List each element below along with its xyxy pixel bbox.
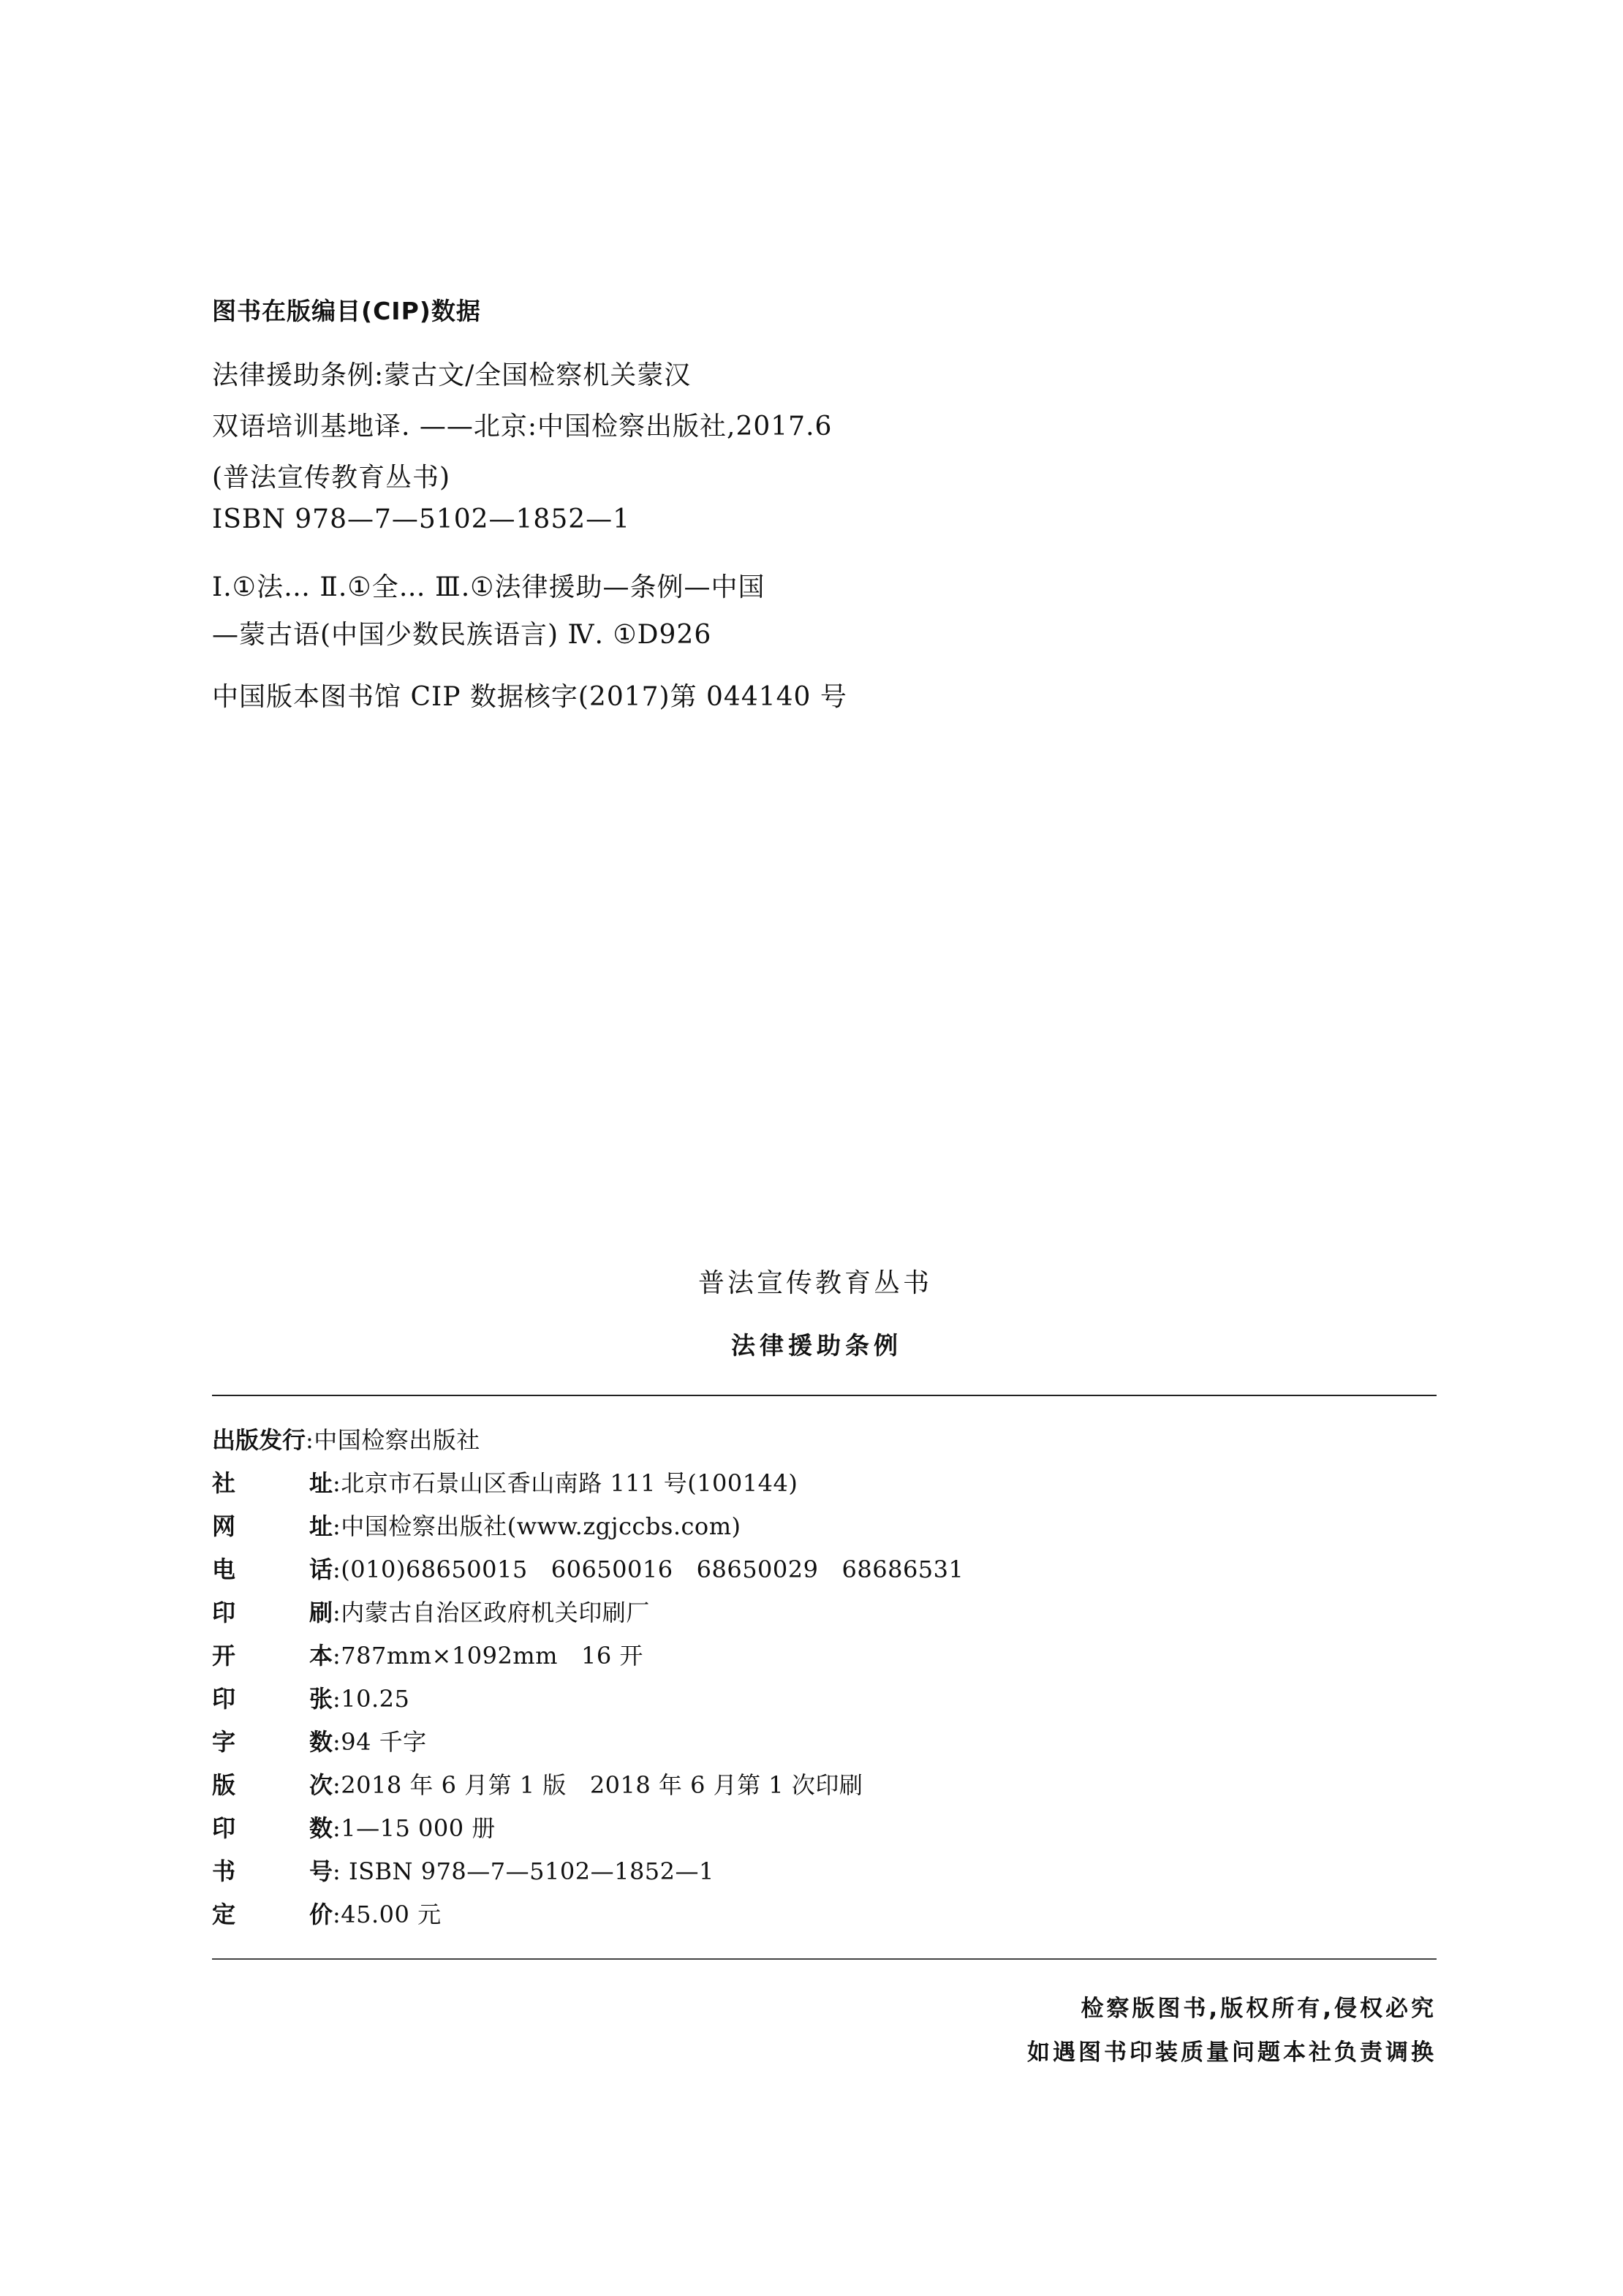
- colophon-label: 出版发行: [212, 1422, 306, 1455]
- colophon-row-printer: 印刷 :内蒙古自治区政府机关印刷厂: [212, 1594, 650, 1628]
- bottom-divider: [212, 1958, 1437, 1960]
- colophon-row-price: 定价 :45.00 元: [212, 1896, 442, 1930]
- cip-title-line: 法律援助条例:蒙古文/全国检察机关蒙汉: [212, 355, 691, 392]
- copyright-notice: 检察版图书,版权所有,侵权必究: [1081, 1990, 1437, 2023]
- colophon-value: :45.00 元: [333, 1896, 442, 1930]
- colophon-row-print-run: 印数 :1—15 000 册: [212, 1810, 496, 1844]
- colophon-label: 开本: [212, 1637, 333, 1671]
- series-title: 普法宣传教育丛书: [698, 1262, 932, 1300]
- colophon-row-sheets: 印张 :10.25: [212, 1681, 409, 1714]
- colophon-value: :中国检察出版社: [306, 1422, 480, 1455]
- colophon-value: :北京市石景山区香山南路 111 号(100144): [333, 1465, 798, 1499]
- colophon-label: 字数: [212, 1724, 333, 1757]
- colophon-value: :10.25: [333, 1685, 409, 1713]
- colophon-row-publisher: 出版发行 :中国检察出版社: [212, 1422, 480, 1455]
- colophon-label: 定价: [212, 1896, 333, 1930]
- colophon-label: 电话: [212, 1551, 333, 1585]
- colophon-row-website: 网址 :中国检察出版社(www.zgjccbs.com): [212, 1508, 741, 1542]
- cip-record-number: 中国版本图书馆 CIP 数据核字(2017)第 044140 号: [212, 676, 847, 713]
- cip-heading: 图书在版编目(CIP)数据: [212, 292, 481, 327]
- colophon-label: 印数: [212, 1810, 333, 1844]
- cip-subject-line-2: —蒙古语(中国少数民族语言) Ⅳ. ①D926: [212, 614, 711, 651]
- cip-series-line: (普法宣传教育丛书): [212, 457, 450, 494]
- colophon-label: 印刷: [212, 1594, 333, 1628]
- colophon-value: :(010)68650015 60650016 68650029 6868653…: [333, 1556, 964, 1583]
- top-divider: [212, 1395, 1437, 1396]
- colophon-row-isbn: 书号 : ISBN 978—7—5102—1852—1: [212, 1853, 714, 1887]
- colophon-value: :1—15 000 册: [333, 1810, 496, 1844]
- cip-isbn-line: ISBN 978—7—5102—1852—1: [212, 504, 630, 534]
- colophon-label: 社址: [212, 1465, 333, 1499]
- colophon-value: :内蒙古自治区政府机关印刷厂: [333, 1594, 650, 1628]
- colophon-label: 网址: [212, 1508, 333, 1542]
- colophon-value: :2018 年 6 月第 1 版 2018 年 6 月第 1 次印刷: [333, 1767, 863, 1800]
- cip-publisher-line: 双语培训基地译. ——北京:中国检察出版社,2017.6: [212, 406, 832, 443]
- colophon-row-word-count: 字数 :94 千字: [212, 1724, 427, 1757]
- colophon-value: :中国检察出版社(www.zgjccbs.com): [333, 1508, 741, 1542]
- cip-subject-line-1: Ⅰ.①法… Ⅱ.①全… Ⅲ.①法律援助—条例—中国: [212, 567, 765, 604]
- colophon-row-phone: 电话 :(010)68650015 60650016 68650029 6868…: [212, 1551, 964, 1585]
- colophon-label: 印张: [212, 1681, 333, 1714]
- quality-notice: 如遇图书印装质量问题本社负责调换: [1027, 2034, 1437, 2066]
- colophon-row-format: 开本 :787mm×1092mm 16 开: [212, 1637, 643, 1671]
- colophon-row-edition: 版次 :2018 年 6 月第 1 版 2018 年 6 月第 1 次印刷: [212, 1767, 863, 1800]
- book-title: 法律援助条例: [731, 1327, 902, 1361]
- colophon-value: :94 千字: [333, 1724, 427, 1757]
- colophon-label: 书号: [212, 1853, 333, 1887]
- colophon-row-address: 社址 :北京市石景山区香山南路 111 号(100144): [212, 1465, 798, 1499]
- colophon-value: :787mm×1092mm 16 开: [333, 1637, 643, 1671]
- colophon-value: : ISBN 978—7—5102—1852—1: [333, 1857, 714, 1885]
- colophon-label: 版次: [212, 1767, 333, 1800]
